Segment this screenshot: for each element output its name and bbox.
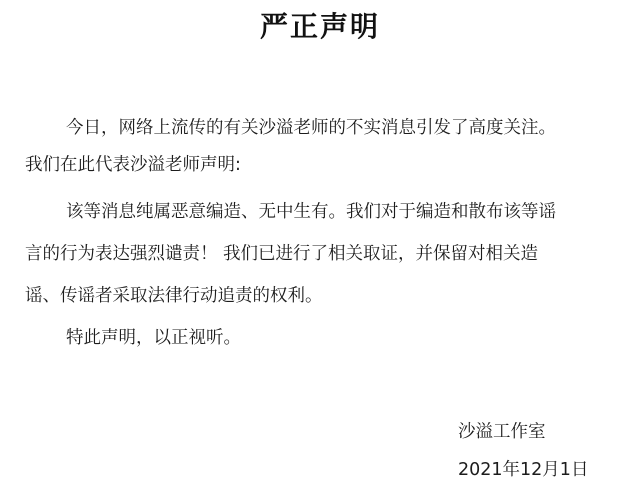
signature-issuer: 沙溢工作室: [458, 420, 546, 444]
signature-date: 2021年12月1日: [458, 458, 588, 482]
paragraph-body-line-1: 该等消息纯属恶意编造、无中生有。我们对于编造和散布该等谣: [66, 200, 556, 224]
paragraph-intro: 今日，网络上流传的有关沙溢老师的不实消息引发了高度关注。: [66, 116, 556, 140]
paragraph-declaration: 我们在此代表沙溢老师声明:: [25, 153, 241, 177]
document-title: 严正声明: [0, 9, 640, 45]
paragraph-closing: 特此声明，以正视听。: [66, 326, 241, 350]
paragraph-body-line-2: 言的行为表达强烈谴责！ 我们已进行了相关取证，并保留对相关造: [25, 242, 538, 266]
paragraph-body-line-3: 谣、传谣者采取法律行动追责的权利。: [25, 284, 323, 308]
